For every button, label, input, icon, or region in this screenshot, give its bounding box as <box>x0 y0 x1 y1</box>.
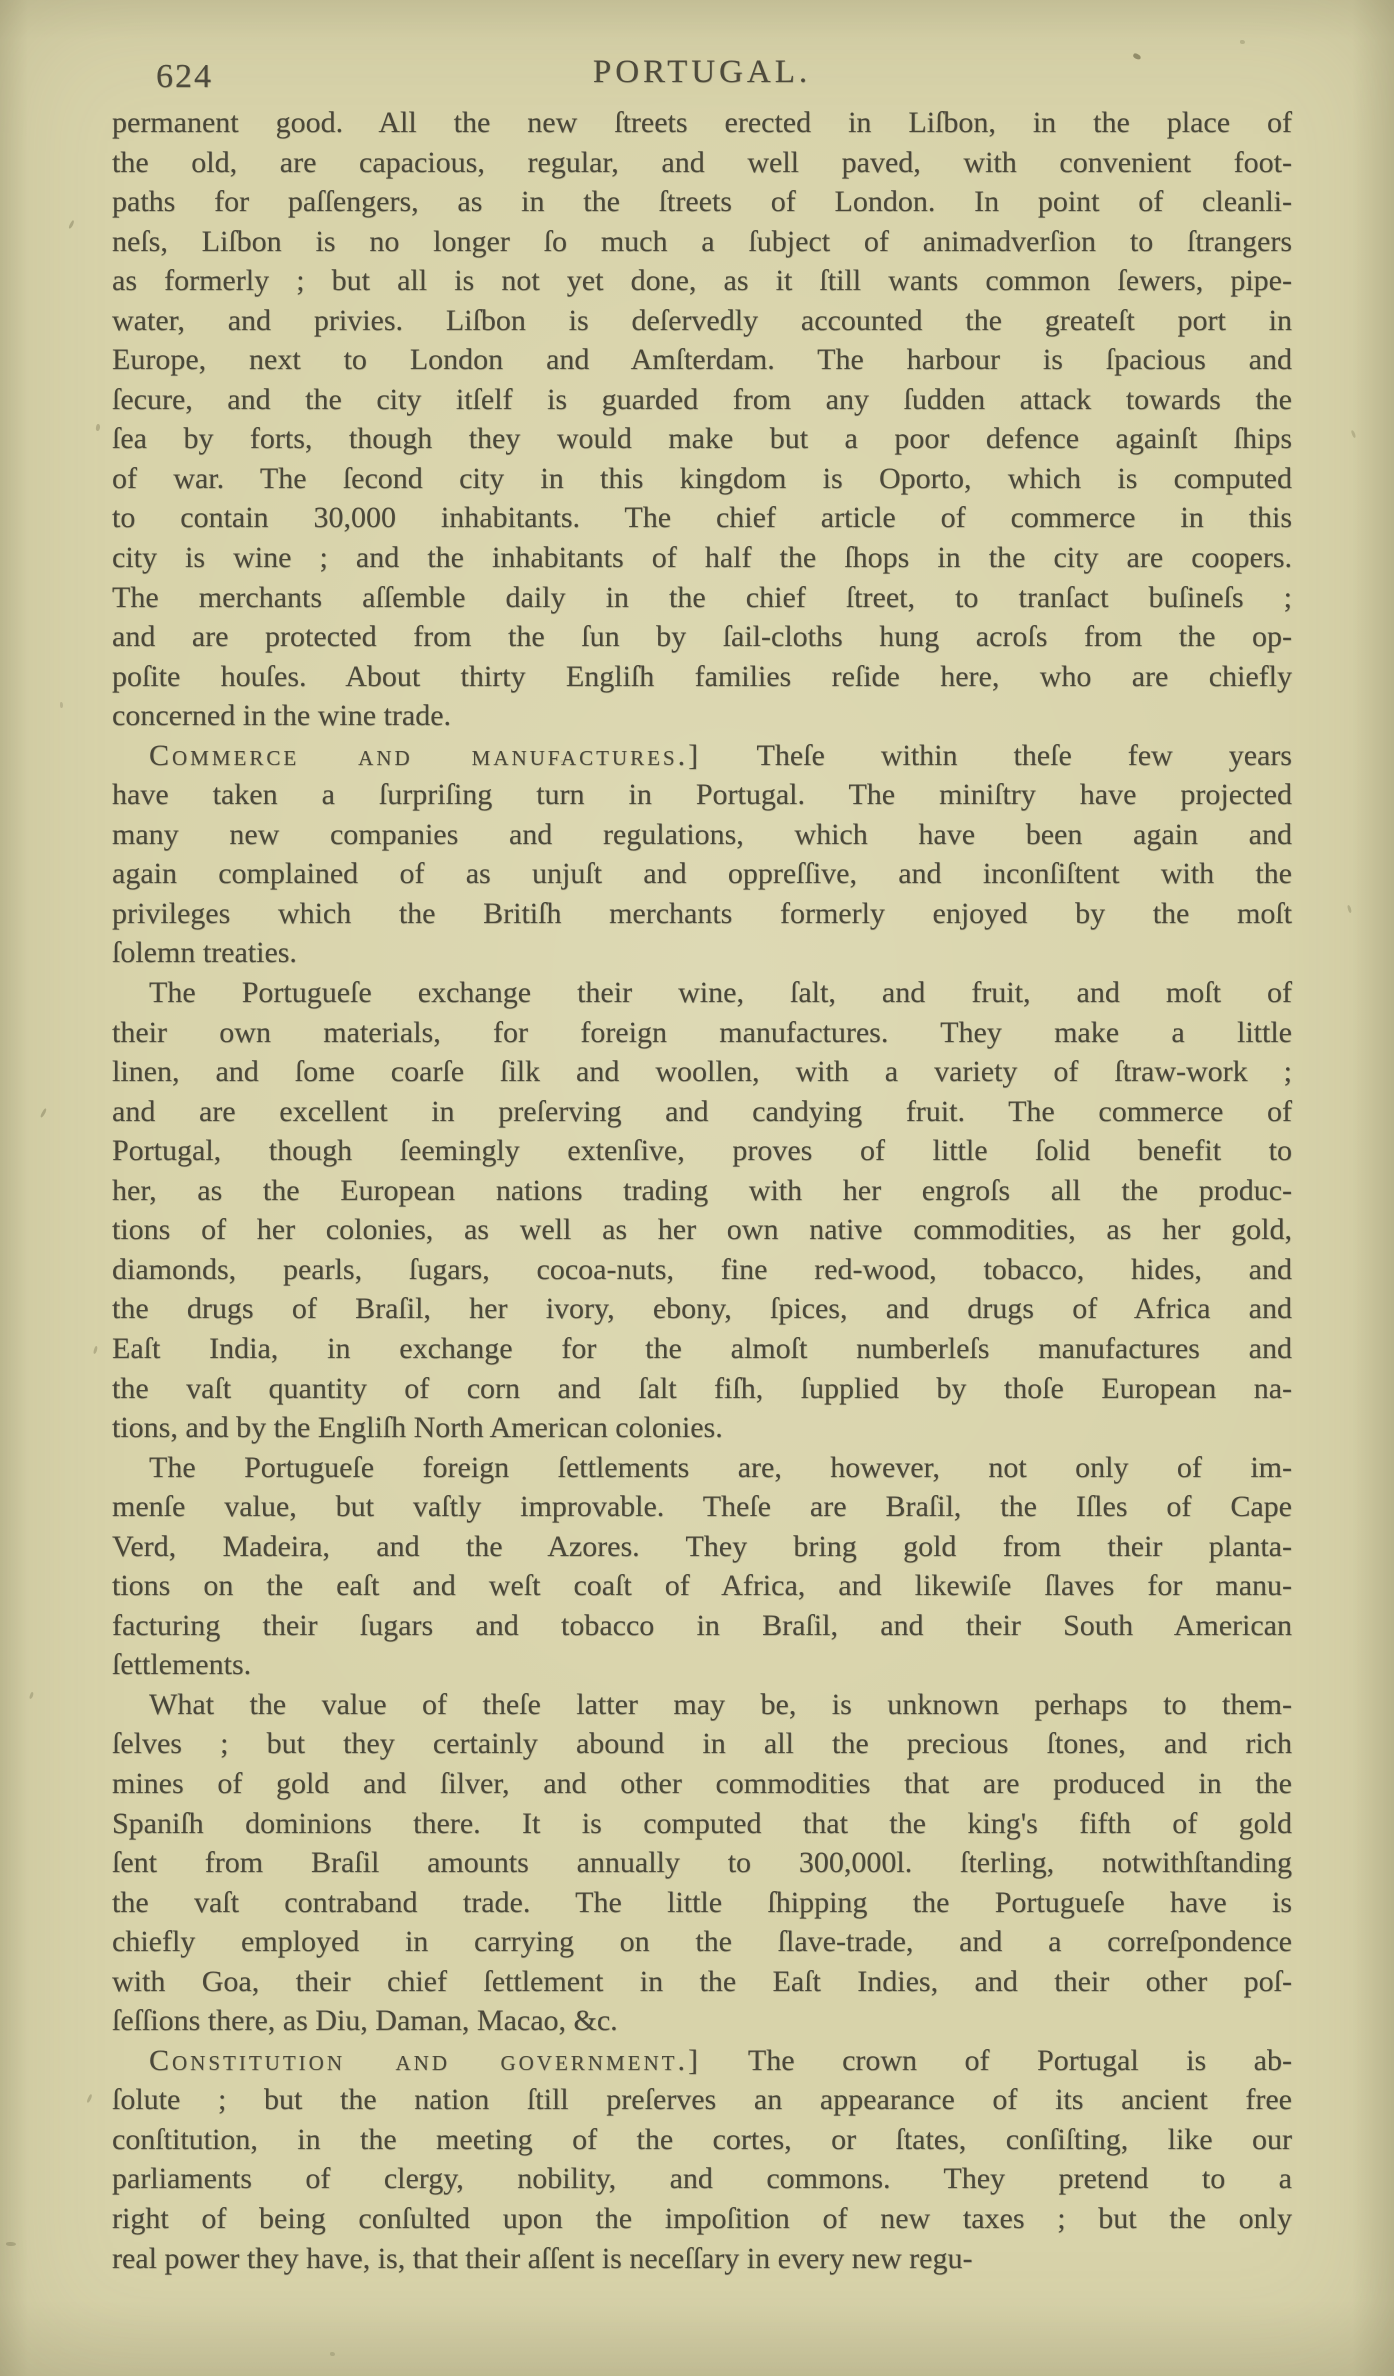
text-line: ſolute ; but the nation ſtill preſerves … <box>112 2080 1292 2120</box>
paper-speck <box>68 220 75 229</box>
text-line: Verd, Madeira, and the Azores. They brin… <box>112 1527 1292 1567</box>
text-line: Spaniſh dominions there. It is computed … <box>112 1804 1292 1844</box>
text-line: as formerly ; but all is not yet done, a… <box>112 261 1292 301</box>
paragraph: permanent good. All the new ſtreets erec… <box>112 103 1292 736</box>
text-line: have taken a ſurpriſing turn in Portugal… <box>112 775 1292 815</box>
book-page: 624 PORTUGAL. permanent good. All the ne… <box>0 0 1394 2376</box>
text-line: the old, are capacious, regular, and wel… <box>112 143 1292 183</box>
text-line: the drugs of Braſil, her ivory, ebony, ſ… <box>112 1289 1292 1329</box>
text-line: parliaments of clergy, nobility, and com… <box>112 2159 1292 2199</box>
text-line: and are excellent in preſerving and cand… <box>112 1092 1292 1132</box>
text-line: ſent from Braſil amounts annually to 300… <box>112 1843 1292 1883</box>
text-line: ſettlements. <box>112 1645 1292 1685</box>
text-line: the vaſt contraband trade. The little ſh… <box>112 1883 1292 1923</box>
paper-speck <box>1351 430 1357 439</box>
text-line: ſea by forts, though they would make but… <box>112 419 1292 459</box>
text-line: permanent good. All the new ſtreets erec… <box>112 103 1292 143</box>
text-line: The Portugueſe exchange their wine, ſalt… <box>112 973 1292 1013</box>
text-line: Europe, next to London and Amſterdam. Th… <box>112 340 1292 380</box>
text-line: real power they have, is, that their aſſ… <box>112 2239 1292 2279</box>
paragraph: The Portugueſe foreign ſettlements are, … <box>112 1448 1292 1685</box>
paper-speck <box>86 2094 93 2103</box>
text-line: mines of gold and ſilver, and other comm… <box>112 1764 1292 1804</box>
text-line: many new companies and regulations, whic… <box>112 815 1292 855</box>
text-line: What the value of theſe latter may be, i… <box>112 1685 1292 1725</box>
paper-speck <box>40 1108 48 1118</box>
text-line: chiefly employed in carrying on the ſlav… <box>112 1922 1292 1962</box>
text-line: city is wine ; and the inhabitants of ha… <box>112 538 1292 578</box>
paper-speck <box>93 1346 98 1355</box>
text-line: conſtitution, in the meeting of the cort… <box>112 2120 1292 2160</box>
paper-speck <box>95 424 100 432</box>
paragraph: Commerce and manufactures.] Theſe within… <box>112 736 1292 973</box>
text-line: neſs, Liſbon is no longer ſo much a ſubj… <box>112 222 1292 262</box>
paper-speck <box>1347 905 1352 914</box>
section-heading: Constitution and government.] <box>149 2044 701 2077</box>
text-line: tions of her colonies, as well as her ow… <box>112 1210 1292 1250</box>
text-line: ſelves ; but they certainly abound in al… <box>112 1724 1292 1764</box>
text-line: facturing their ſugars and tobacco in Br… <box>112 1606 1292 1646</box>
paragraph: What the value of theſe latter may be, i… <box>112 1685 1292 2041</box>
text-line: The merchants aſſemble daily in the chie… <box>112 578 1292 618</box>
text-line: Eaſt India, in exchange for the almoſt n… <box>112 1329 1292 1369</box>
text-line: tions on the eaſt and weſt coaſt of Afri… <box>112 1566 1292 1606</box>
paper-speck <box>60 702 63 708</box>
text-line: linen, and ſome coarſe ſilk and woollen,… <box>112 1052 1292 1092</box>
paper-speck <box>1240 40 1245 44</box>
text-line: with Goa, their chief ſettlement in the … <box>112 1962 1292 2002</box>
paragraph: Constitution and government.] The crown … <box>112 2041 1292 2278</box>
text-line: water, and privies. Liſbon is deſervedly… <box>112 301 1292 341</box>
text-line: ſecure, and the city itſelf is guarded f… <box>112 380 1292 420</box>
text-line: paths for paſſengers, as in the ſtreets … <box>112 182 1292 222</box>
section-heading-rest: The crown of Portugal is ab- <box>701 2044 1292 2077</box>
text-line: and are protected from the ſun by ſail-c… <box>112 617 1292 657</box>
text-line: their own materials, for foreign manufac… <box>112 1013 1292 1053</box>
section-heading-rest: Theſe within theſe few years <box>701 739 1292 772</box>
text-line: again complained of as unjuſt and oppreſ… <box>112 854 1292 894</box>
text-line: her, as the European nations trading wit… <box>112 1171 1292 1211</box>
running-title: PORTUGAL. <box>112 54 1292 91</box>
text-line: Portugal, though ſeemingly extenſive, pr… <box>112 1131 1292 1171</box>
page-header: 624 PORTUGAL. <box>112 50 1292 100</box>
section-heading: Commerce and manufactures.] <box>149 739 701 772</box>
paper-speck <box>29 1692 34 1700</box>
text-line: poſite houſes. About thirty Engliſh fami… <box>112 657 1292 697</box>
text-line: Commerce and manufactures.] Theſe within… <box>112 736 1292 776</box>
text-line: right of being conſulted upon the impoſi… <box>112 2199 1292 2239</box>
text-block: permanent good. All the new ſtreets erec… <box>112 103 1292 2278</box>
text-line: diamonds, pearls, ſugars, cocoa-nuts, fi… <box>112 1250 1292 1290</box>
text-line: ſolemn treaties. <box>112 933 1292 973</box>
text-line: concerned in the wine trade. <box>112 696 1292 736</box>
text-line: to contain 30,000 inhabitants. The chief… <box>112 498 1292 538</box>
text-line: tions, and by the Engliſh North American… <box>112 1408 1292 1448</box>
text-line: menſe value, but vaſtly improvable. Theſ… <box>112 1487 1292 1527</box>
text-line: Constitution and government.] The crown … <box>112 2041 1292 2081</box>
paragraph: The Portugueſe exchange their wine, ſalt… <box>112 973 1292 1448</box>
text-line: The Portugueſe foreign ſettlements are, … <box>112 1448 1292 1488</box>
text-line: the vaſt quantity of corn and ſalt fiſh,… <box>112 1369 1292 1409</box>
paper-speck <box>330 2352 335 2356</box>
text-line: ſeſſions there, as Diu, Daman, Macao, &c… <box>112 2001 1292 2041</box>
paper-speck <box>6 2242 16 2246</box>
text-line: of war. The ſecond city in this kingdom … <box>112 459 1292 499</box>
text-line: privileges which the Britiſh merchants f… <box>112 894 1292 934</box>
